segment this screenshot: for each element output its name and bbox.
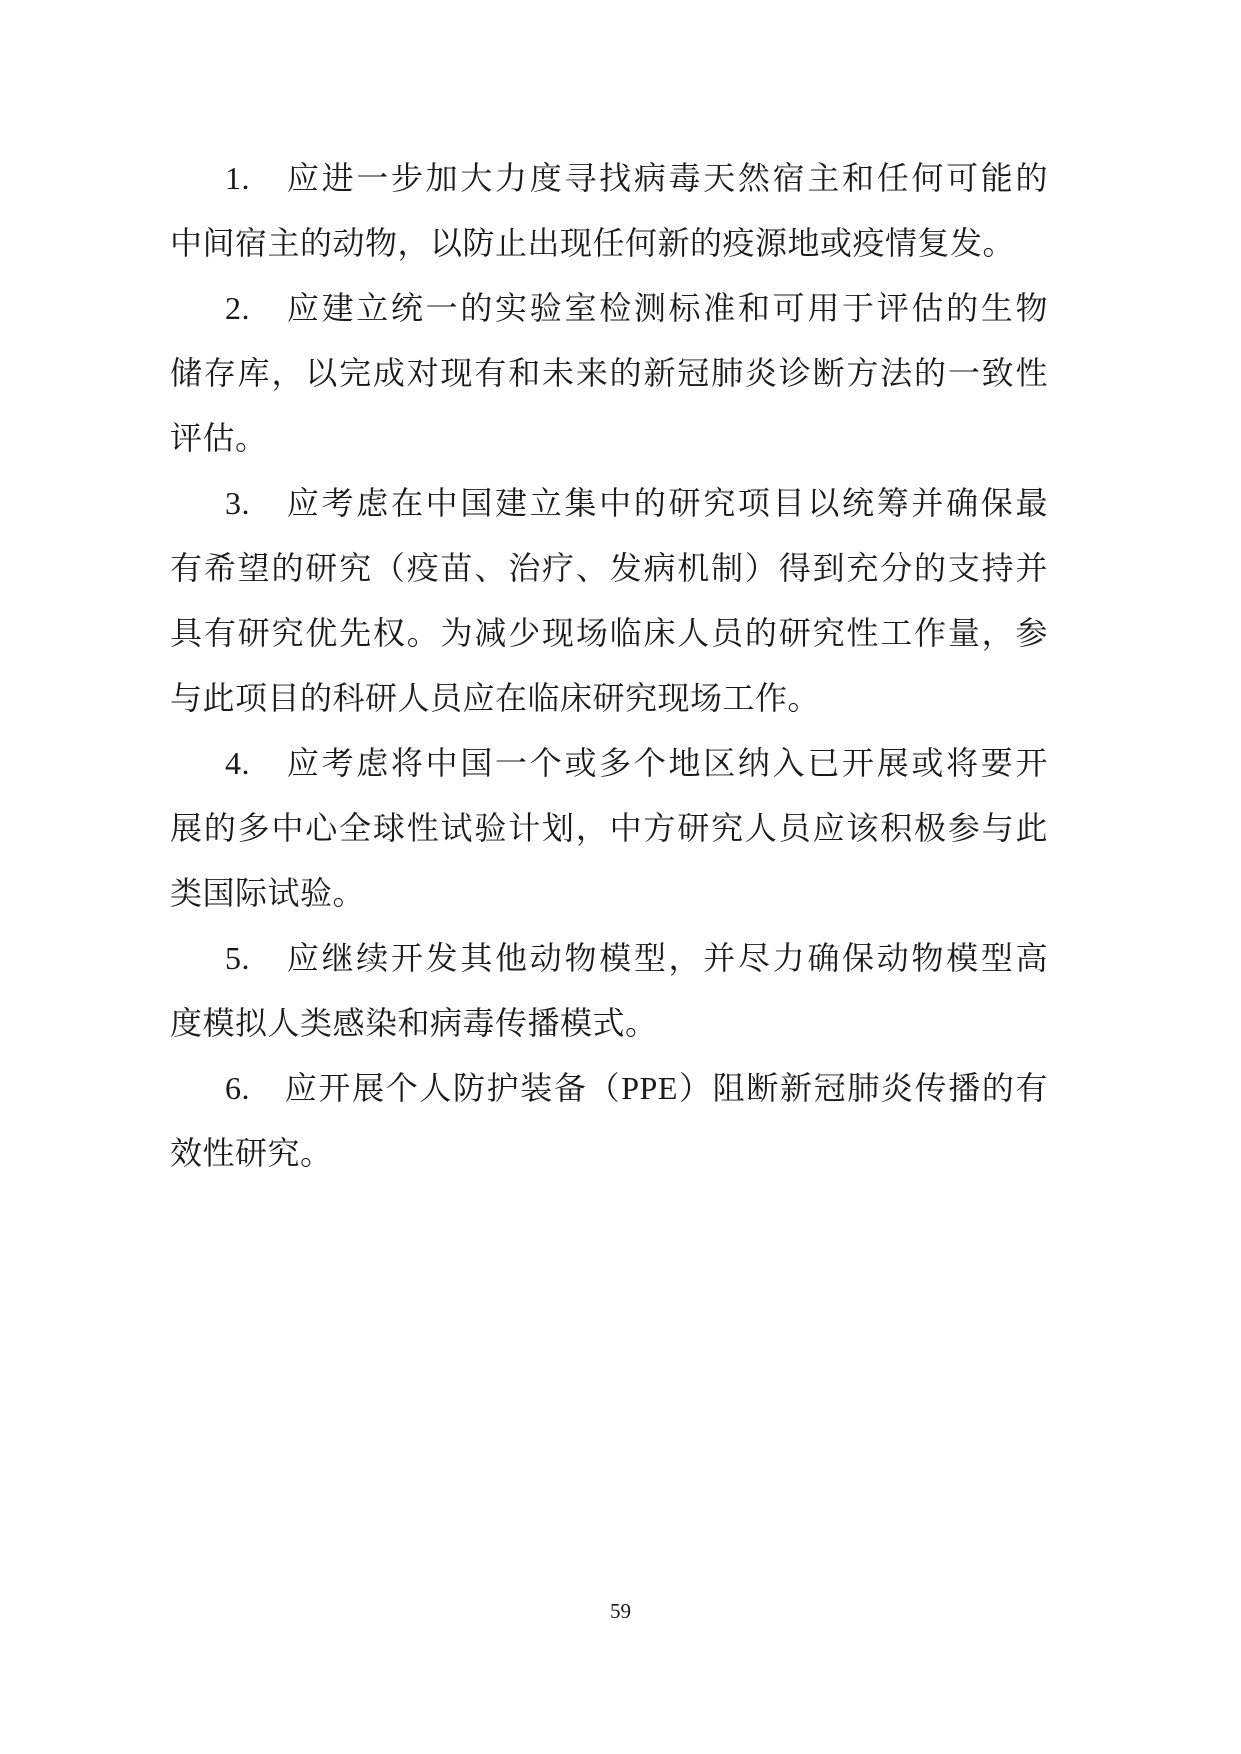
text-line-3-4: 与此项目的科研人员应在临床研究现场工作。: [170, 666, 1048, 731]
text-line-4-2: 展的多中心全球性试验计划，中方研究人员应该积极参与此: [170, 796, 1048, 861]
text-line-6-1: 6. 应开展个人防护装备（PPE）阻断新冠肺炎传播的有: [170, 1056, 1048, 1121]
text-line-2-1: 2. 应建立统一的实验室检测标准和可用于评估的生物: [170, 276, 1048, 341]
text-line-6-2: 效性研究。: [170, 1121, 1048, 1186]
text-line-3-3: 具有研究优先权。为减少现场临床人员的研究性工作量，参: [170, 601, 1048, 666]
text-line-1-2: 中间宿主的动物，以防止出现任何新的疫源地或疫情复发。: [170, 211, 1048, 276]
text-line-4-1: 4. 应考虑将中国一个或多个地区纳入已开展或将要开: [170, 731, 1048, 796]
document-page: 1. 应进一步加大力度寻找病毒天然宿主和任何可能的中间宿主的动物，以防止出现任何…: [0, 0, 1241, 1754]
document-body: 1. 应进一步加大力度寻找病毒天然宿主和任何可能的中间宿主的动物，以防止出现任何…: [170, 146, 1048, 1186]
text-line-2-2: 储存库，以完成对现有和未来的新冠肺炎诊断方法的一致性: [170, 341, 1048, 406]
text-line-1-1: 1. 应进一步加大力度寻找病毒天然宿主和任何可能的: [170, 146, 1048, 211]
page-number: 59: [0, 1598, 1241, 1624]
text-line-3-2: 有希望的研究（疫苗、治疗、发病机制）得到充分的支持并: [170, 536, 1048, 601]
text-line-5-2: 度模拟人类感染和病毒传播模式。: [170, 991, 1048, 1056]
text-line-3-1: 3. 应考虑在中国建立集中的研究项目以统筹并确保最: [170, 471, 1048, 536]
text-line-4-3: 类国际试验。: [170, 861, 1048, 926]
text-line-5-1: 5. 应继续开发其他动物模型，并尽力确保动物模型高: [170, 926, 1048, 991]
text-line-2-3: 评估。: [170, 406, 1048, 471]
